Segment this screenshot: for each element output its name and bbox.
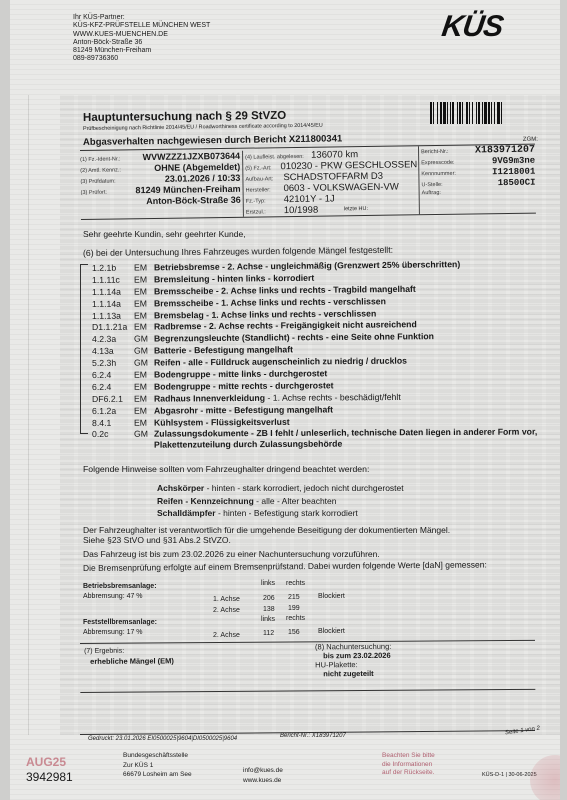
defect-severity: EM (134, 417, 154, 427)
head-office-address: Bundesgeschäftsstelle Zur KÜS 1 66679 Lo… (123, 751, 192, 780)
service-axle-1-left: 206 (263, 595, 275, 602)
body-label: Aufbau-Art: (245, 176, 279, 182)
service-axle-2: 2. Achse (213, 607, 240, 614)
defect-description: Bremsbelag - 1. Achse links und rechts -… (154, 308, 376, 320)
defect-code: 8.4.1 (92, 417, 134, 427)
date-label: (3) Prüfdatum: (80, 178, 130, 185)
reinspection-section: (8) Nachuntersuchung: bis zum 23.02.2026… (315, 642, 392, 679)
contact-info: info@kues.de www.kues.de (243, 766, 283, 785)
service-axle-2-right: 199 (288, 605, 300, 612)
defects-list: 1.2.1bEMBetriebsbremse - 2. Achse - ungl… (92, 263, 560, 450)
defects-bracket (80, 264, 88, 434)
result-value: erhebliche Mängel (EM) (90, 656, 174, 666)
legal-reference: Siehe §23 StVO und §31 Abs.2 StVZO. (83, 535, 450, 545)
hint-item: Achskörper - hinten - stark korrodiert, … (157, 482, 404, 495)
parking-left-header: links (261, 616, 275, 623)
service-axle-2-left: 138 (263, 606, 275, 613)
order-label: Auftrag: (422, 190, 441, 196)
hint-item: Reifen - Kennzeichnung - alle - Alter be… (157, 495, 404, 508)
document-title: Hauptuntersuchung nach § 29 StVZO (83, 110, 286, 124)
zgm-label: ZGM: (523, 137, 538, 143)
model-label: Fz.-Typ: (246, 198, 280, 204)
defect-severity: GM (134, 334, 154, 344)
hints-title: Folgende Hinweise sollten vom Fahrzeugha… (83, 464, 369, 474)
service-brake-rate: Abbremsung: 47 % (83, 593, 143, 600)
responsibility-note: Der Fahrzeughalter ist verantwortlich fü… (83, 525, 450, 545)
defect-description: Bremsscheibe - 1. Achse links und rechts… (154, 296, 386, 308)
sticker-code: AUG25 (26, 755, 66, 769)
defect-description: Zulassungsdokumente - ZB I fehlt / unles… (154, 427, 554, 450)
registration-label: Erstzul.: (246, 209, 280, 215)
note-line: Beachten Sie bitte (382, 752, 435, 761)
vehicle-type-label: (5) Fz.-Art: (245, 165, 276, 171)
location-street: Anton-Böck-Straße 36 (146, 195, 241, 206)
note-line: die Informationen (382, 761, 435, 770)
partner-website: WWW.KUES-MUENCHEN.DE (73, 31, 210, 39)
defect-severity: EM (134, 322, 154, 332)
defect-code: 1.1.14a (92, 298, 134, 308)
result-box: (7) Ergebnis: erhebliche Mängel (EM) (8)… (80, 640, 535, 693)
manufacturer-label: Hersteller: (246, 187, 280, 193)
vin-label: (1) Fz.-Ident-Nr.: (80, 156, 130, 163)
barcode (430, 102, 548, 124)
sticker-value: nicht zugeteilt (323, 669, 391, 678)
partner-address: Ihr KÜS-Partner: KÜS-KFZ-PRÜFSTELLE MÜNC… (73, 14, 210, 64)
parking-axle-2-right: 156 (288, 629, 300, 636)
parking-axle-2-note: Blockiert (318, 628, 345, 635)
station-value: 18500CI (498, 178, 536, 189)
responsibility-line: Der Fahrzeughalter ist verantwortlich fü… (83, 525, 450, 535)
serial-number: 3942981 (26, 770, 73, 784)
office-name: Bundesgeschäftsstelle (123, 751, 192, 761)
location-label: (3) Prüfort: (81, 189, 131, 196)
defect-code: 6.2.4 (92, 370, 134, 380)
manufacturer-value: 0603 - VOLKSWAGEN-VW (283, 182, 398, 195)
result-section: (7) Ergebnis: erhebliche Mängel (EM) (84, 647, 174, 666)
partner-street: Anton-Böck-Straße 36 (73, 39, 210, 47)
service-axle-1: 1. Achse (213, 596, 240, 603)
defect-description: Betriebsbremse - 2. Achse - ungleichmäßi… (154, 259, 460, 272)
mileage-label: (4) Laufleist. abgelesen: (245, 154, 307, 161)
document-subtitle: Prüfbescheinigung nach Richtlinie 2014/4… (83, 123, 323, 132)
vehicle-info-box: (1) Fz.-Ident-Nr.:WVWZZZ1JZXB073644 (2) … (80, 144, 536, 220)
defect-description: Abgasrohr - mitte - Befestigung mangelha… (154, 404, 333, 415)
report-info-column: Bericht-Nr.:X183971207 Expresscode:9VG9m… (418, 145, 536, 215)
station-label: U-Stelle: (421, 182, 442, 188)
inspection-info-column: (1) Fz.-Ident-Nr.:WVWZZZ1JZXB073644 (2) … (80, 151, 241, 208)
vin-value: WVWZZZ1JZXB073644 (143, 151, 241, 162)
defect-description: Begrenzungsleuchte (Standlicht) - rechts… (154, 331, 434, 343)
defect-severity: EM (134, 310, 154, 320)
mileage-value: 136070 km (311, 149, 358, 161)
parking-axle-2-left: 112 (263, 630, 274, 637)
parking-brake-rate: Abbremsung: 17 % (83, 629, 143, 636)
defect-severity: EM (134, 370, 154, 380)
partner-city: 81249 München-Freiham (73, 47, 210, 55)
express-code-value: 9VG9m3ne (492, 156, 535, 167)
office-street: Zur KÜS 1 (123, 761, 192, 771)
id-number-label: Kennnummer: (421, 171, 456, 177)
footer-report-number: Bericht-Nr.: X183971207 (280, 733, 346, 739)
defect-severity: GM (134, 429, 154, 439)
defect-code: 1.1.14a (92, 286, 134, 296)
emissions-note: Abgasverhalten nachgewiesen durch Berich… (83, 133, 342, 148)
defect-severity: EM (134, 405, 154, 415)
defect-description: Radhaus Innenverkleidung - 1. Achse rech… (154, 392, 401, 404)
hint-item: Schalldämpfer - hinten - Befestigung sta… (157, 507, 404, 520)
seal-stamp (530, 755, 560, 800)
defect-code: 4.13a (92, 346, 134, 356)
vehicle-details-column: ZGM: 1650 (4) Laufleist. abgelesen:13607… (242, 148, 418, 216)
defect-severity: GM (134, 346, 154, 356)
greeting: Sehr geehrte Kundin, sehr geehrter Kunde… (83, 229, 246, 239)
defect-description: Batterie - Befestigung mangelhaft (154, 345, 293, 356)
defect-description: Kühlsystem - Flüssigkeitsverlust (154, 416, 290, 427)
defect-description: Reifen - alle - Fülldruck augenscheinlic… (154, 356, 407, 368)
partner-name: KÜS-KFZ-PRÜFSTELLE MÜNCHEN WEST (73, 22, 210, 30)
note-line: auf der Rückseite. (382, 769, 435, 778)
defect-severity: EM (134, 393, 154, 403)
defect-severity: EM (134, 298, 154, 308)
defect-description: Bremsleitung - hinten links - korrodiert (154, 273, 314, 285)
service-axle-1-right: 215 (288, 594, 300, 601)
parking-brake-title: Feststellbremsanlage: (83, 619, 157, 626)
model-value: 42101Y - 1J (284, 193, 335, 205)
defect-description: Radbremse - 2. Achse rechts - Freigängig… (154, 320, 417, 332)
id-number-value: I1218001 (492, 167, 535, 178)
service-left-header: links (261, 580, 275, 587)
defect-severity: EM (134, 274, 154, 284)
defect-code: 5.2.3h (92, 358, 134, 368)
hints-list: Achskörper - hinten - stark korrodiert, … (157, 482, 404, 520)
page-indicator: Seite 1 von 2 (505, 726, 541, 737)
inspection-report-page: Ihr KÜS-Partner: KÜS-KFZ-PRÜFSTELLE MÜNC… (10, 0, 560, 800)
office-city: 66679 Losheim am See (123, 770, 192, 780)
contact-website: www.kues.de (243, 776, 283, 786)
express-code-label: Expresscode: (421, 160, 454, 166)
parking-right-header: rechts (286, 615, 305, 622)
partner-phone: 089-89736360 (73, 55, 210, 63)
service-right-header: rechts (286, 580, 305, 587)
service-brake-title: Betriebsbremsanlage: (83, 583, 157, 590)
result-label: (7) Ergebnis: (84, 648, 124, 655)
defect-code: 6.2.4 (92, 382, 134, 392)
registration-value: 10/1998 (284, 205, 318, 216)
defect-code: 4.2.3a (92, 334, 134, 344)
report-number-value: X183971207 (475, 145, 535, 157)
last-hu-label: letzte HU: (344, 206, 368, 212)
form-number: KÜS-D-1 | 30-06-2025 (482, 772, 537, 778)
defect-code: 6.1.2a (92, 405, 134, 415)
contact-email: info@kues.de (243, 766, 283, 776)
plate-label: (2) Amtl. Kennz.: (80, 167, 130, 174)
defect-code: D1.1.21a (92, 322, 134, 332)
defect-code: 1.1.13a (92, 310, 134, 320)
report-number-label: Bericht-Nr.: (421, 149, 449, 155)
kues-logo: KÜS (440, 10, 505, 44)
plate-value: OHNE (Abgemeldet) (154, 162, 240, 173)
defect-row: 0.2cGMZulassungsdokumente - ZB I fehlt /… (92, 427, 560, 451)
reinspection-value: bis zum 23.02.2026 (323, 651, 391, 660)
defect-severity: EM (134, 262, 154, 272)
defect-code: DF6.2.1 (92, 394, 134, 404)
defect-description: Bodengruppe - mitte links - durchgeroste… (154, 368, 327, 379)
defect-code: 0.2c (92, 429, 134, 439)
margin-rule (28, 95, 29, 735)
defects-intro: (6) bei der Untersuchung Ihres Fahrzeuge… (83, 245, 393, 258)
printed-info: Gedruckt: 23.01.2026 EI0500025|9604|DI05… (88, 736, 237, 742)
parking-axle-2: 2. Achse (213, 632, 240, 639)
date-value: 23.01.2026 / 10:33 (165, 173, 241, 184)
defect-code: 1.1.11c (92, 274, 134, 284)
defect-description: Bodengruppe - mitte rechts - durchgerost… (154, 380, 334, 391)
service-axle-1-note: Blockiert (318, 593, 345, 600)
defect-code: 1.2.1b (92, 263, 134, 273)
location-value: 81249 München-Freiham (135, 184, 240, 195)
defect-description: Bremsscheibe - 2. Achse links und rechts… (154, 284, 416, 297)
reverse-side-note: Beachten Sie bitte die Informationen auf… (382, 752, 435, 778)
brake-test-note: Die Bremsenprüfung erfolgte auf einem Br… (83, 559, 487, 573)
defect-severity: EM (134, 381, 154, 391)
defect-severity: GM (134, 358, 154, 368)
reinspection-note: Das Fahrzeug ist bis zum 23.02.2026 zu e… (83, 549, 380, 559)
defect-severity: EM (134, 286, 154, 296)
